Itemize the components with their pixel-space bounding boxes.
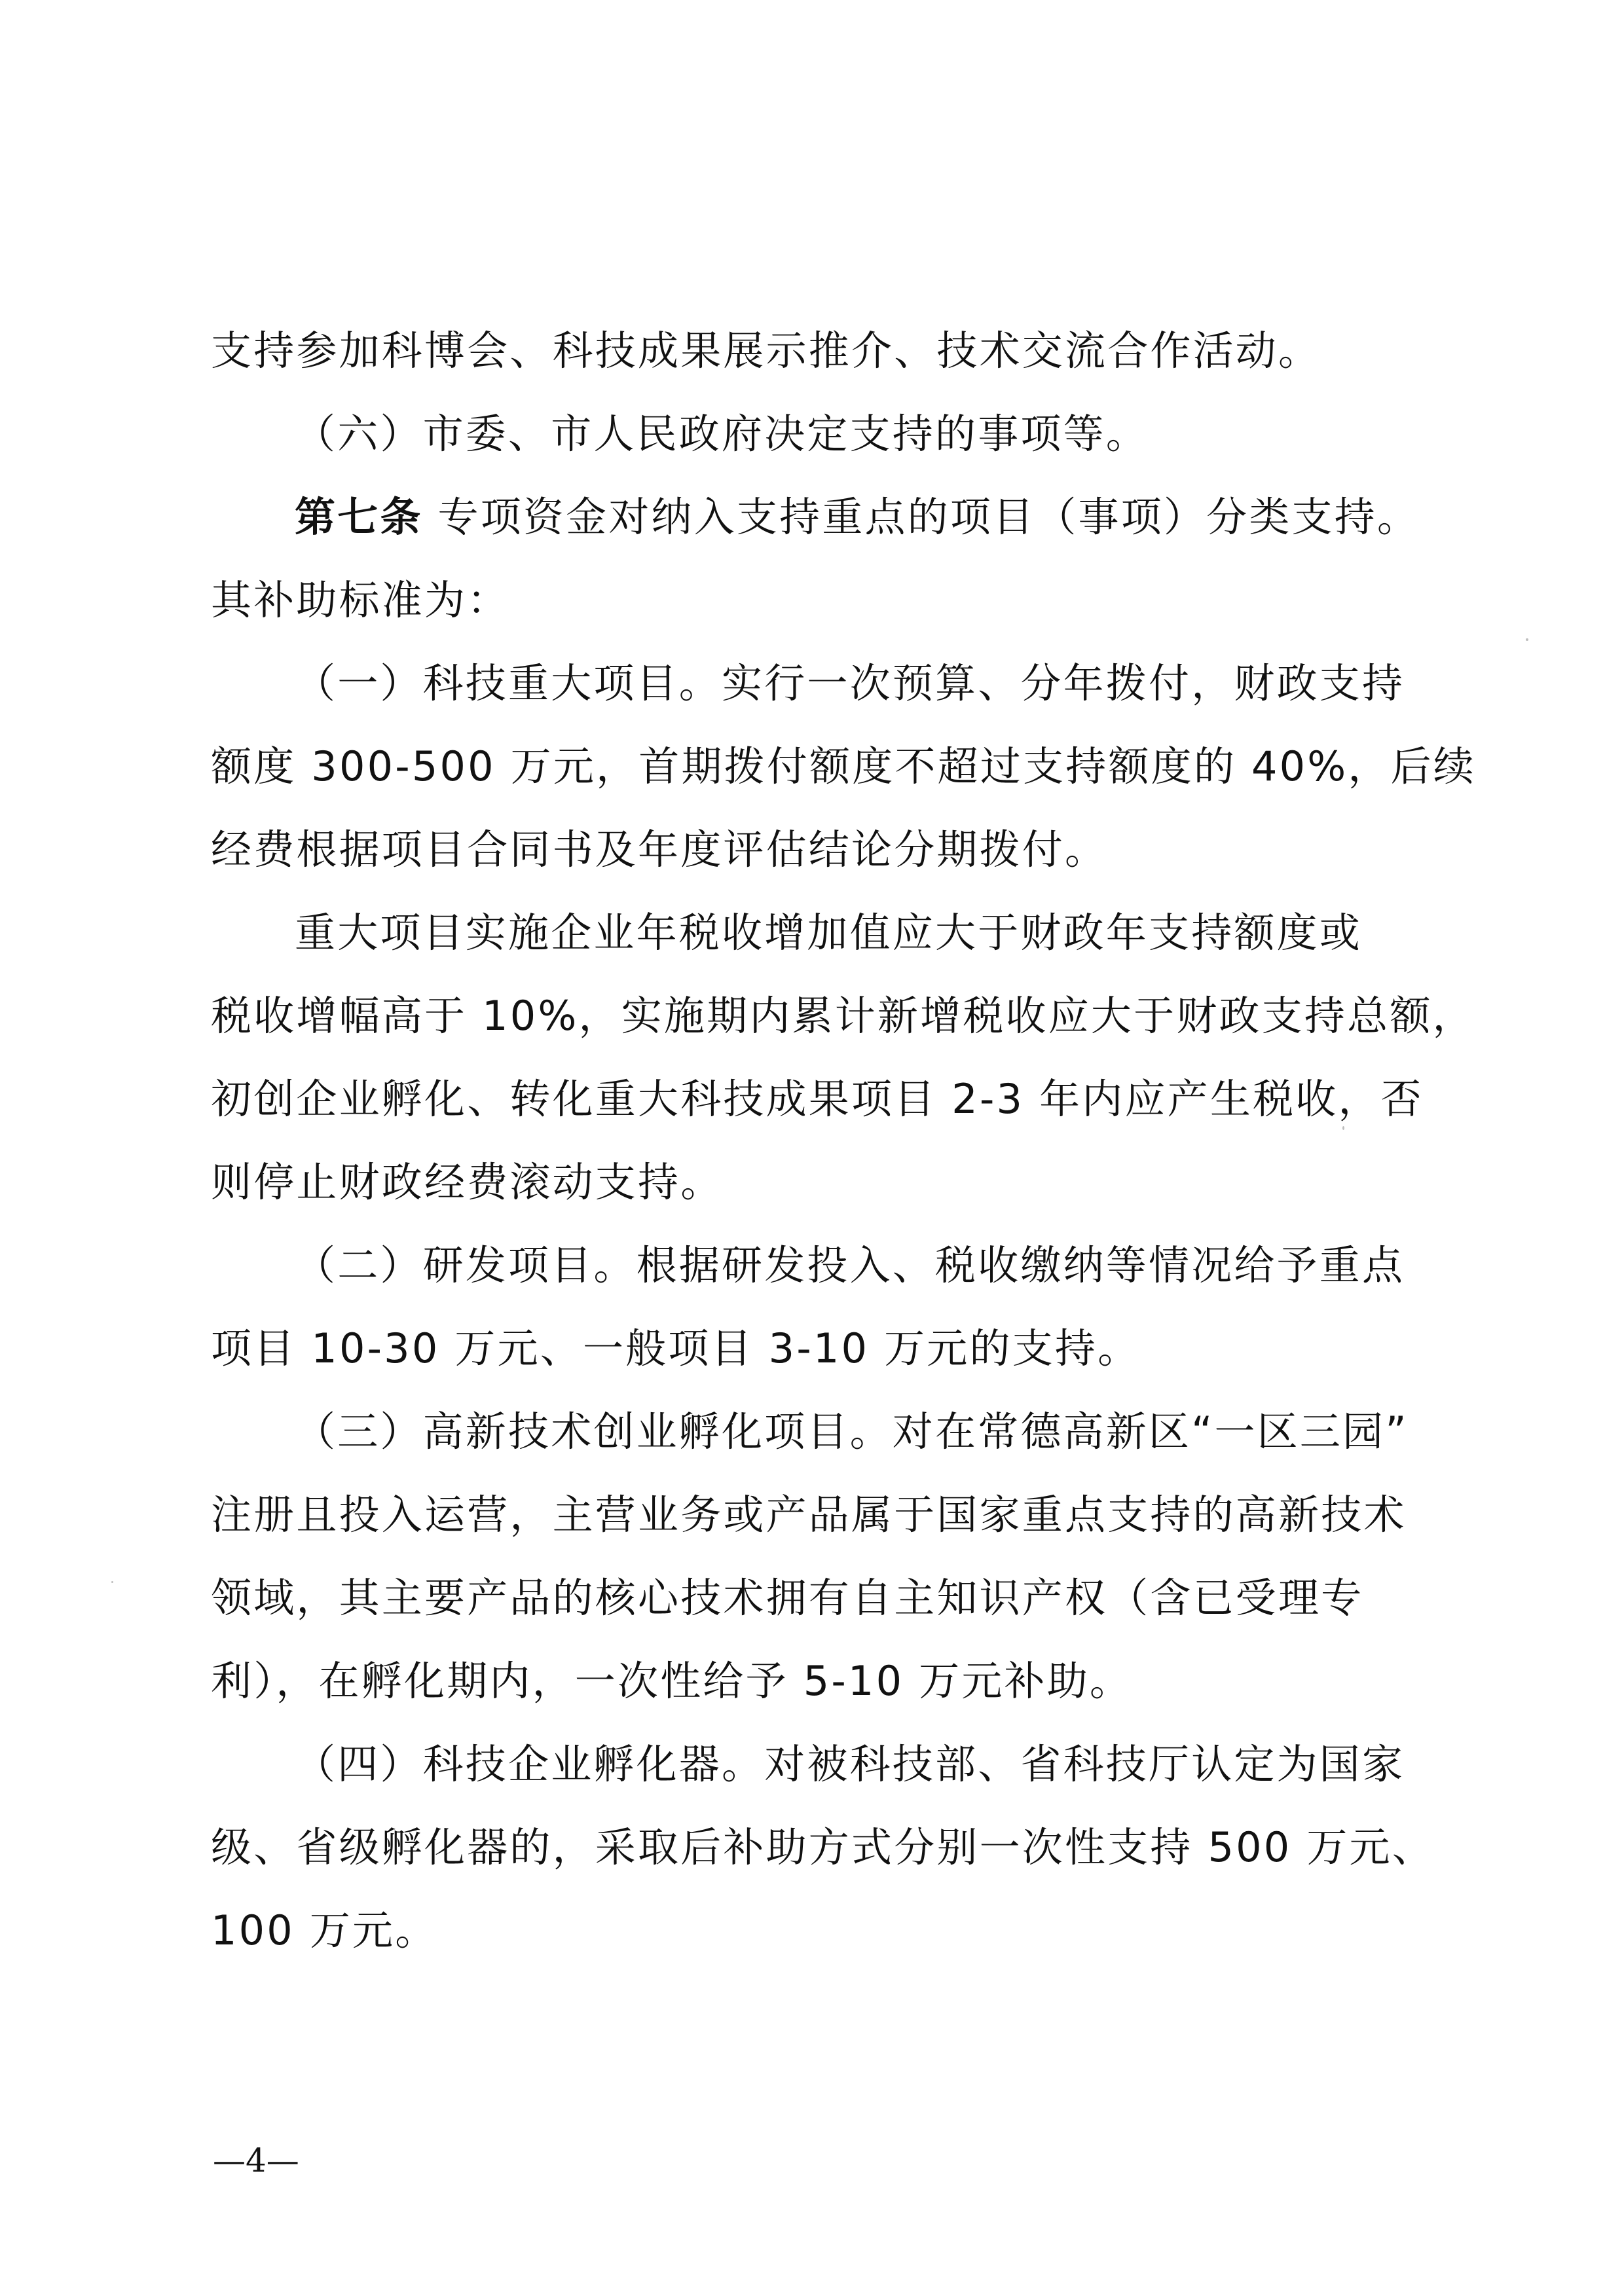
scan-speck	[1342, 1126, 1344, 1130]
text-line: 经费根据项目合同书及年度评估结论分期拨付。	[211, 818, 1413, 902]
scan-speck	[111, 1581, 113, 1583]
text-line: 级、省级孵化器的，采取后补助方式分别一次性支持 500 万元、	[211, 1816, 1413, 1899]
article-text: 专项资金对纳入支持重点的项目（事项）分类支持。	[423, 493, 1420, 541]
scan-speck	[1526, 638, 1528, 641]
text-line: 注册且投入运营，主营业务或产品属于国家重点支持的高新技术	[211, 1484, 1413, 1567]
text-line: 税收增幅高于 10%，实施期内累计新增税收应大于财政支持总额，	[211, 985, 1413, 1068]
text-line: 利），在孵化期内，一次性给予 5-10 万元补助。	[211, 1650, 1413, 1733]
text-line: （三）高新技术创业孵化项目。对在常德高新区“一区三园”	[211, 1400, 1413, 1484]
text-line: 其补助标准为：	[211, 569, 1413, 652]
text-line: （六）市委、市人民政府决定支持的事项等。	[211, 403, 1413, 486]
article-heading-line: 第七条 专项资金对纳入支持重点的项目（事项）分类支持。	[211, 486, 1413, 569]
text-line: 则停止财政经费滚动支持。	[211, 1151, 1413, 1234]
text-line: 100 万元。	[211, 1899, 1413, 1982]
text-line: （一）科技重大项目。实行一次预算、分年拨付，财政支持	[211, 652, 1413, 735]
text-line: 支持参加科博会、科技成果展示推介、技术交流合作活动。	[211, 319, 1413, 403]
page-number: —4—	[213, 2141, 299, 2180]
text-line: （二）研发项目。根据研发投入、税收缴纳等情况给予重点	[211, 1234, 1413, 1317]
body-text: 支持参加科博会、科技成果展示推介、技术交流合作活动。 （六）市委、市人民政府决定…	[211, 319, 1413, 1982]
text-line: 重大项目实施企业年税收增加值应大于财政年支持额度或	[211, 902, 1413, 985]
text-line: 初创企业孵化、转化重大科技成果项目 2-3 年内应产生税收，否	[211, 1068, 1413, 1151]
text-line: 领域，其主要产品的核心技术拥有自主知识产权（含已受理专	[211, 1567, 1413, 1650]
document-page: 支持参加科博会、科技成果展示推介、技术交流合作活动。 （六）市委、市人民政府决定…	[0, 0, 1624, 2296]
text-line: 额度 300-500 万元，首期拨付额度不超过支持额度的 40%，后续	[211, 735, 1413, 818]
text-line: 项目 10-30 万元、一般项目 3-10 万元的支持。	[211, 1317, 1413, 1400]
article-number: 第七条	[295, 493, 423, 541]
text-line: （四）科技企业孵化器。对被科技部、省科技厅认定为国家	[211, 1733, 1413, 1816]
